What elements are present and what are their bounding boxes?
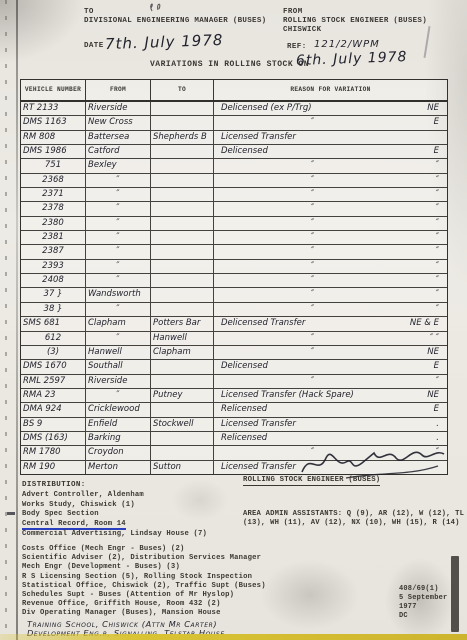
cell-from: ″ [86, 188, 151, 201]
table-row: 751Bexley″″ [21, 159, 447, 173]
cell-reason: Delicensed TransferNE & E [214, 317, 447, 330]
table-row: DMS 1163New Cross″E [21, 116, 447, 130]
cell-reason: ″″ ″ [214, 332, 447, 345]
reason-text: Licensed Transfer [216, 418, 296, 431]
cell-reason: DelicensedE [214, 360, 447, 373]
cell-from: Wandsworth [86, 288, 151, 301]
cell-to [151, 174, 214, 187]
cell-from: ″ [86, 260, 151, 273]
cell-to: Potters Bar [151, 317, 214, 330]
margin-mark: E [434, 403, 445, 416]
reason-text: ″ [216, 116, 314, 129]
scanned-document-page: TO DIVISIONAL ENGINEERING MANAGER (BUSES… [0, 0, 467, 640]
cell-from: Riverside [86, 375, 151, 388]
table-row: 2387″″″ [21, 245, 447, 259]
reason-text: ″ [216, 288, 314, 301]
cell-to [151, 217, 214, 230]
cell-vehicle-number: 612 [21, 332, 86, 345]
distribution-item: Advert Controller, Aldenham [22, 491, 207, 501]
cell-reason: ″″ [214, 188, 447, 201]
to-label: TO [84, 8, 94, 16]
cell-vehicle-number: 2381 [21, 231, 86, 244]
table-row: 2381″″″ [21, 231, 447, 245]
table-row: DMS 1986CatfordDelicensedE [21, 145, 447, 159]
cell-from: Barking [86, 432, 151, 445]
margin-mark: ″ [436, 188, 445, 201]
distribution-list-2: Costs Office (Mech Engr - Buses) (2)Scie… [22, 545, 266, 619]
reason-text: ″ [216, 260, 314, 273]
cell-from: ″ [86, 231, 151, 244]
cell-reason: ″″ [214, 245, 447, 258]
cell-to: Shepherds B [151, 131, 214, 144]
cell-to: Clapham [151, 346, 214, 359]
distribution-item: Statistical Office, Chiswick (2), Traffi… [22, 582, 266, 591]
cell-vehicle-number: 2408 [21, 274, 86, 287]
distribution-item: Scientific Adviser (2), Distribution Ser… [22, 554, 266, 563]
reason-text: Delicensed Transfer [216, 317, 305, 330]
reason-text: ″ [216, 159, 314, 172]
to-value: DIVISIONAL ENGINEERING MANAGER (BUSES) [84, 17, 266, 27]
cell-vehicle-number: 2371 [21, 188, 86, 201]
reason-text: Delicensed [216, 360, 268, 373]
table-row: 2380″″″ [21, 217, 447, 231]
cell-vehicle-number: 38 } [21, 303, 86, 316]
cell-vehicle-number: DMS (163) [21, 432, 86, 445]
reason-text: Delicensed (ex P/Trg) [216, 102, 312, 115]
variations-table-body: RT 2133RiversideDelicensed (ex P/Trg)NED… [21, 102, 447, 474]
cell-vehicle-number: DMA 924 [21, 403, 86, 416]
scan-edge-bar [451, 556, 459, 632]
table-row: 2408″″″ [21, 274, 447, 288]
distribution-item-text: Commercial Advertising, Lindsay House (7… [22, 530, 207, 538]
reason-text: Licensed Transfer [216, 461, 296, 474]
cell-reason: ″″ [214, 159, 447, 172]
pen-mark-icon [142, 0, 166, 12]
cell-to [151, 403, 214, 416]
cell-vehicle-number: 751 [21, 159, 86, 172]
cell-from: ″ [86, 245, 151, 258]
cell-from: Catford [86, 145, 151, 158]
reason-text: ″ [216, 274, 314, 287]
reason-text: Delicensed [216, 145, 268, 158]
cell-reason: ″″ [214, 260, 447, 273]
cell-reason: ″″ [214, 202, 447, 215]
cell-to [151, 446, 214, 459]
cell-vehicle-number: RML 2597 [21, 375, 86, 388]
date-value-handwritten: 7th. July 1978 [105, 31, 224, 53]
cell-vehicle-number: DMS 1670 [21, 360, 86, 373]
reason-text: ″ [216, 231, 314, 244]
cell-to [151, 360, 214, 373]
column-header-to: TO [151, 80, 214, 100]
reason-text: ″ [216, 202, 314, 215]
table-row: 2368″″″ [21, 174, 447, 188]
distribution-item: Schedules Supt - Buses (Attention of Mr … [22, 591, 266, 600]
reason-text: Relicensed [216, 432, 267, 445]
distribution-item: Commercial Advertising, Lindsay House (7… [22, 530, 207, 540]
cell-to [151, 432, 214, 445]
cell-vehicle-number: 2380 [21, 217, 86, 230]
cell-vehicle-number: 2368 [21, 174, 86, 187]
reason-text: Licensed Transfer (Hack Spare) [216, 389, 354, 402]
margin-mark: E [434, 145, 445, 158]
cell-to: Hanwell [151, 332, 214, 345]
cell-reason: ″″ [214, 375, 447, 388]
date-label: DATE [84, 42, 104, 50]
cell-to [151, 375, 214, 388]
cell-from: Battersea [86, 131, 151, 144]
reason-text: ″ [216, 346, 314, 359]
column-header-reason: REASON FOR VARIATION [214, 80, 447, 100]
cell-vehicle-number: RM 1780 [21, 446, 86, 459]
cell-to [151, 202, 214, 215]
cell-reason: ″NE [214, 346, 447, 359]
margin-mark: ″ [436, 288, 445, 301]
cell-to: Putney [151, 389, 214, 402]
margin-mark [439, 131, 445, 144]
margin-mark: ″ [436, 260, 445, 273]
cell-vehicle-number: BS 9 [21, 418, 86, 431]
cell-from: New Cross [86, 116, 151, 129]
cell-reason: ″E [214, 116, 447, 129]
subject-date-handwritten: 6th. July 1978 [296, 49, 408, 69]
cell-vehicle-number: DMS 1986 [21, 145, 86, 158]
cell-from: Riverside [86, 102, 151, 115]
cell-from: ″ [86, 202, 151, 215]
cell-to [151, 188, 214, 201]
cell-vehicle-number: DMS 1163 [21, 116, 86, 129]
cell-from: Southall [86, 360, 151, 373]
margin-mark: NE [427, 346, 445, 359]
cell-to [151, 303, 214, 316]
cell-reason: Licensed Transfer. [214, 418, 447, 431]
distribution-item: Revenue Office, Griffith House, Room 432… [22, 600, 266, 609]
cell-reason: Licensed Transfer (Hack Spare)NE [214, 389, 447, 402]
distribution-item: Works Study, Chiswick (1) [22, 501, 207, 511]
margin-mark: ″ [436, 159, 445, 172]
distribution-item: R S Licensing Section (5), Rolling Stock… [22, 573, 266, 582]
cell-reason: ″″ [214, 174, 447, 187]
table-row: BS 9EnfieldStockwellLicensed Transfer. [21, 418, 447, 432]
cell-vehicle-number: RT 2133 [21, 102, 86, 115]
margin-mark: E [434, 116, 445, 129]
reason-text: ″ [216, 174, 314, 187]
margin-mark: ″ ″ [430, 332, 445, 345]
table-row: DMA 924CricklewoodRelicensedE [21, 403, 447, 417]
distribution-item: Central Record, Room 14 [22, 520, 207, 531]
reason-text: ″ [216, 332, 314, 345]
cell-from: Enfield [86, 418, 151, 431]
cell-vehicle-number: RM 190 [21, 461, 86, 474]
engineer-title-stamp: ROLLING STOCK ENGINEER (BUSES) [243, 476, 380, 486]
subject-title: VARIATIONS IN ROLLING STOCK ON [150, 60, 309, 69]
cell-reason: RelicensedE [214, 403, 447, 416]
from-location: CHISWICK [283, 26, 321, 36]
ref-label: REF: [287, 43, 307, 51]
cell-to [151, 260, 214, 273]
cell-from: Clapham [86, 317, 151, 330]
margin-mark: NE & E [410, 317, 445, 330]
cell-reason: ″″ [214, 288, 447, 301]
distribution-item-text: Central Record, Room 14 [22, 520, 126, 531]
margin-mark: ″ [436, 245, 445, 258]
cell-reason: DelicensedE [214, 145, 447, 158]
ref-value-handwritten: 121/2/WPM [314, 39, 380, 50]
variations-table: VEHICLE NUMBER FROM TO REASON FOR VARIAT… [20, 79, 448, 475]
cell-from: Hanwell [86, 346, 151, 359]
cell-to [151, 274, 214, 287]
cell-to: Sutton [151, 461, 214, 474]
cell-reason: Delicensed (ex P/Trg)NE [214, 102, 447, 115]
margin-mark: ″ [436, 303, 445, 316]
cell-from: ″ [86, 217, 151, 230]
table-row: RMA 23″PutneyLicensed Transfer (Hack Spa… [21, 389, 447, 403]
cell-to [151, 116, 214, 129]
reason-text: ″ [216, 303, 314, 316]
cell-from: ″ [86, 274, 151, 287]
table-row: RML 2597Riverside″″ [21, 375, 447, 389]
cell-from: ″ [86, 332, 151, 345]
margin-mark: ″ [436, 274, 445, 287]
scan-edge-dots [5, 0, 7, 640]
cell-from: Bexley [86, 159, 151, 172]
cell-vehicle-number: (3) [21, 346, 86, 359]
distribution-item-text: Advert Controller, Aldenham [22, 491, 144, 499]
cell-from: Croydon [86, 446, 151, 459]
column-header-vehicle-number: VEHICLE NUMBER [21, 80, 86, 100]
margin-mark: ″ [436, 231, 445, 244]
scan-edge-yellow-strip [0, 634, 467, 640]
cell-to [151, 159, 214, 172]
table-row: SMS 681ClaphamPotters BarDelicensed Tran… [21, 317, 447, 331]
cell-to [151, 231, 214, 244]
cell-from: ″ [86, 389, 151, 402]
cell-vehicle-number: RM 808 [21, 131, 86, 144]
from-label: FROM [283, 8, 303, 16]
cell-from: ″ [86, 174, 151, 187]
cell-reason: ″″ [214, 274, 447, 287]
cell-vehicle-number: RMA 23 [21, 389, 86, 402]
margin-mark: . [436, 418, 445, 431]
cell-to [151, 288, 214, 301]
margin-mark: ″ [436, 217, 445, 230]
cell-from: Merton [86, 461, 151, 474]
table-row: RT 2133RiversideDelicensed (ex P/Trg)NE [21, 102, 447, 116]
distribution-title: DISTRIBUTION: [22, 481, 86, 489]
cell-vehicle-number: 2393 [21, 260, 86, 273]
cell-reason: ″″ [214, 303, 447, 316]
cell-to [151, 145, 214, 158]
cell-to: Stockwell [151, 418, 214, 431]
cell-vehicle-number: SMS 681 [21, 317, 86, 330]
margin-mark: ″ [436, 375, 445, 388]
distribution-list-1: Advert Controller, AldenhamWorks Study, … [22, 491, 207, 540]
cell-vehicle-number: 2387 [21, 245, 86, 258]
table-row: 612″Hanwell″″ ″ [21, 332, 447, 346]
cell-from: ″ [86, 303, 151, 316]
cell-vehicle-number: 37 } [21, 288, 86, 301]
reason-text: Licensed Transfer [216, 131, 296, 144]
cell-reason: ″″ [214, 217, 447, 230]
distribution-item: Div Operating Manager (Buses), Mansion H… [22, 609, 266, 618]
pen-dash-icon [7, 512, 15, 515]
cell-reason: ″″ [214, 231, 447, 244]
table-row: (3)HanwellClapham″NE [21, 346, 447, 360]
margin-mark: NE [427, 102, 445, 115]
cell-from: Cricklewood [86, 403, 151, 416]
table-row: DMS 1670SouthallDelicensedE [21, 360, 447, 374]
distribution-item-text: Works Study, Chiswick (1) [22, 501, 135, 509]
table-row: 2378″″″ [21, 202, 447, 216]
distribution-item: Body Spec Section [22, 510, 207, 520]
reason-text: ″ [216, 375, 314, 388]
scan-fold-line [16, 0, 18, 640]
column-header-from: FROM [86, 80, 151, 100]
table-header-row: VEHICLE NUMBER FROM TO REASON FOR VARIAT… [21, 80, 447, 102]
cell-to [151, 245, 214, 258]
distribution-item: Mech Engr (Development - Buses) (3) [22, 563, 266, 572]
table-row: 38 }″″″ [21, 303, 447, 317]
reason-text: ″ [216, 217, 314, 230]
cell-reason: Licensed Transfer [214, 131, 447, 144]
area-admin-assistants: AREA ADMIN ASSISTANTS: Q (9), AR (12), W… [243, 510, 467, 529]
pen-mark-icon [424, 26, 430, 58]
reason-text: ″ [216, 188, 314, 201]
reason-text: Relicensed [216, 403, 267, 416]
cell-vehicle-number: 2378 [21, 202, 86, 215]
margin-mark: ″ [436, 202, 445, 215]
table-row: 37 }Wandsworth″″ [21, 288, 447, 302]
distribution-item: Costs Office (Mech Engr - Buses) (2) [22, 545, 266, 554]
cell-to [151, 102, 214, 115]
margin-mark: ″ [436, 174, 445, 187]
margin-mark: NE [427, 389, 445, 402]
table-row: 2371″″″ [21, 188, 447, 202]
table-row: 2393″″″ [21, 260, 447, 274]
reason-text: ″ [216, 245, 314, 258]
margin-mark: E [434, 360, 445, 373]
distribution-item-text: Body Spec Section [22, 510, 99, 518]
table-row: RM 808BatterseaShepherds BLicensed Trans… [21, 131, 447, 145]
